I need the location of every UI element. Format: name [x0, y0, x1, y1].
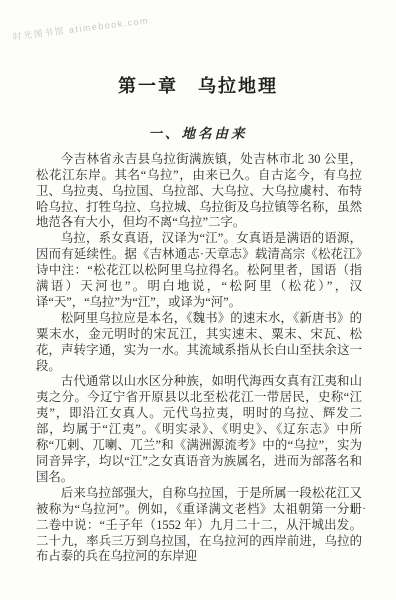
- page-number: · 1 ·: [339, 503, 368, 515]
- book-page: 时光图书馆 atimebook.com 第一章 乌拉地理 一、地名由来 今吉林省…: [0, 0, 396, 600]
- paragraph-2: 乌拉，系女真语，汉译为“江”。女真语是满语的语源，因而有延续性。据《吉林通志·天…: [36, 231, 362, 311]
- paragraph-4: 古代通常以山水区分种族，如明代海西女真有江夷和山夷之分。今辽宁省开原县以北至松花…: [36, 374, 362, 485]
- paragraph-5: 后来乌拉部强大，自称乌拉国，于是所属一段松花江又被称为“乌拉河”。例如，《重译满…: [36, 486, 362, 566]
- paragraph-1: 今吉林省永吉县乌拉街满族镇，处吉林市北 30 公里，松花江东岸。其名“乌拉”，由…: [36, 152, 362, 232]
- chapter-title: 第一章 乌拉地理: [0, 0, 396, 98]
- section-heading: 一、地名由来: [0, 126, 396, 142]
- body-text: 今吉林省永吉县乌拉街满族镇，处吉林市北 30 公里，松花江东岸。其名“乌拉”，由…: [36, 152, 362, 566]
- paragraph-3: 松阿里乌拉应是本名，《魏书》的速末水，《新唐书》的粟末水，金元明时的宋瓦江，其实…: [36, 311, 362, 375]
